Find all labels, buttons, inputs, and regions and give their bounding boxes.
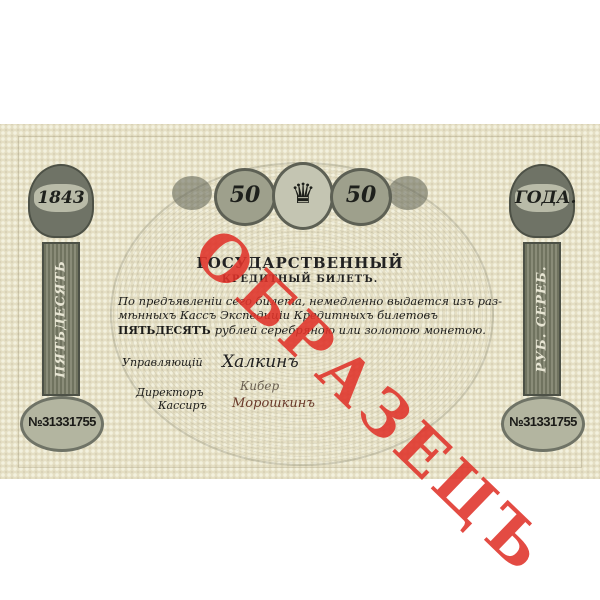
serial-left: №31331755 <box>23 414 101 429</box>
cashier-signature: Морошкинъ <box>232 396 315 411</box>
year-left: 1843 <box>34 184 88 212</box>
year-cartouche-right: ГОДА. <box>509 164 575 238</box>
eagle-emblem-icon: ♛ <box>272 162 334 230</box>
scroll-ornament-icon <box>388 176 428 210</box>
year-right: ГОДА. <box>515 184 569 212</box>
scroll-ornament-icon <box>172 176 212 210</box>
amount-words: ПЯТЬДЕСЯТЪ <box>118 324 211 337</box>
director-signature: Кибер <box>240 379 279 393</box>
top-ornament: 50 ♛ 50 <box>172 162 428 224</box>
right-column: ГОДА. РУБ. СЕРЕБ. №31331755 <box>509 164 571 454</box>
banknote: 1843 ПЯТЬДЕСЯТЬ №31331755 ГОДА. РУБ. СЕР… <box>0 124 600 479</box>
left-column: 1843 ПЯТЬДЕСЯТЬ №31331755 <box>28 164 90 454</box>
denomination-medal-left: 50 <box>214 168 276 226</box>
cashier-label: Кассиръ <box>158 399 207 412</box>
year-cartouche: 1843 <box>28 164 94 238</box>
serial-cartouche-left: №31331755 <box>20 396 104 452</box>
denomination-medal-right: 50 <box>330 168 392 226</box>
director-label: Директоръ <box>136 386 204 399</box>
serial-cartouche-right: №31331755 <box>501 396 585 452</box>
serial-right: №31331755 <box>504 414 582 429</box>
title-line-1: ГОСУДАРСТВЕННЫЙ <box>0 254 600 272</box>
manager-label: Управляющій <box>122 356 203 369</box>
